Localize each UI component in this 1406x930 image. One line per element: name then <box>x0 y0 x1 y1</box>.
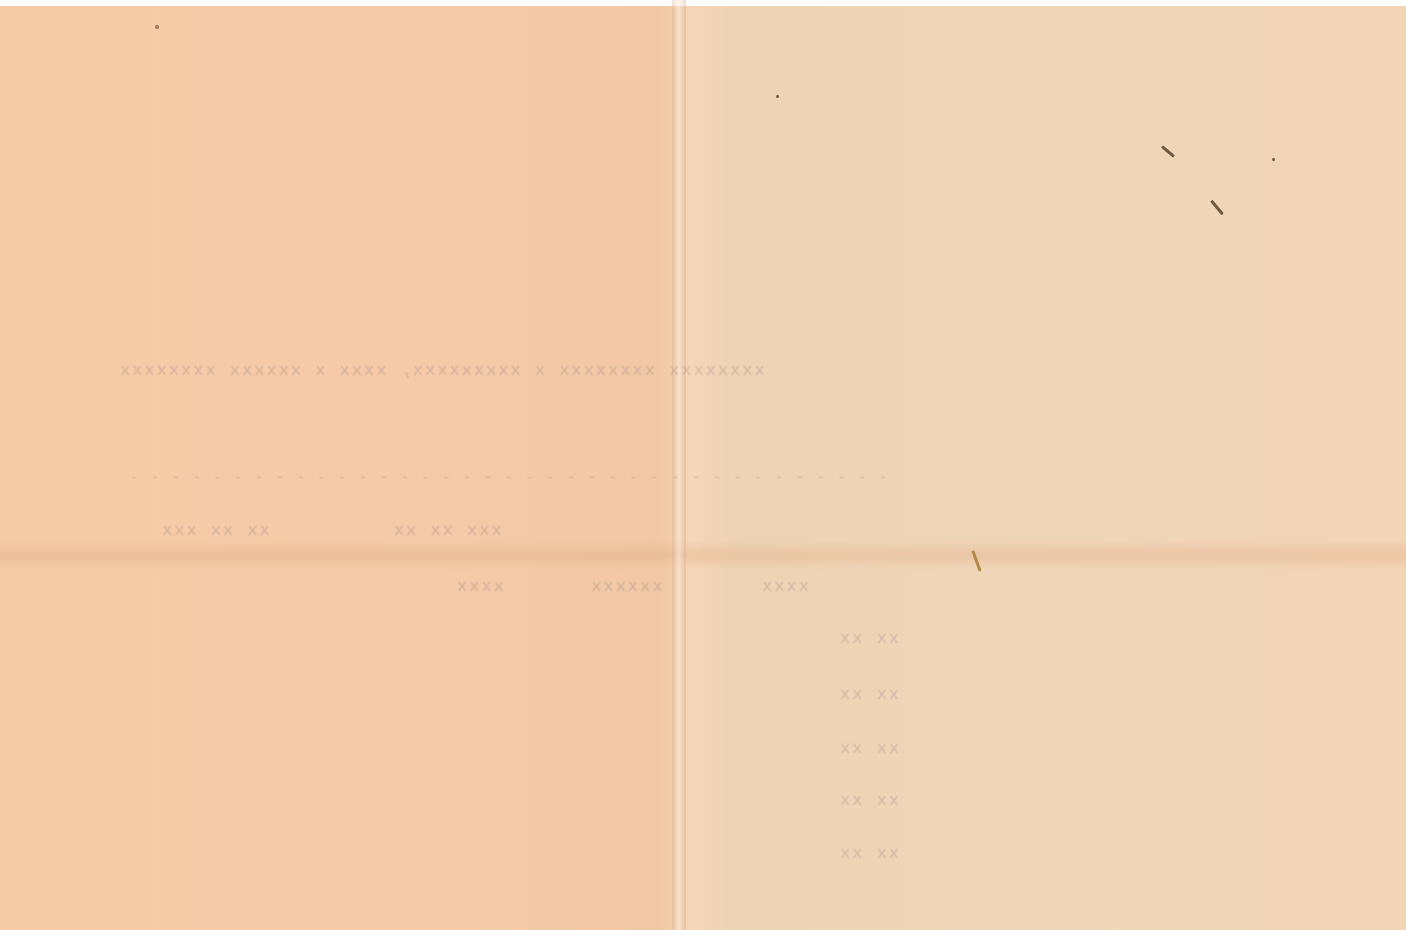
stain-mark <box>1210 200 1224 216</box>
ghost-figure: xx xx <box>838 792 899 811</box>
speck <box>155 25 159 29</box>
ghost-text-line: xxxxxxxx xxxxxxxx x xxxxxxxxx, xxxx x xx… <box>118 362 765 381</box>
ghost-text-line: xxxx xxxxxx xxxx <box>455 578 809 597</box>
speck <box>776 95 779 98</box>
stain-mark <box>1161 145 1175 158</box>
ghost-figure: xx xx <box>838 740 899 759</box>
page-top-edge <box>0 0 1406 6</box>
vertical-fold <box>672 0 686 930</box>
ghost-figure: xx xx <box>838 845 899 864</box>
stain-mark <box>971 550 981 572</box>
document-page: xxxxxxxx xxxxxxxx x xxxxxxxxx, xxxx x xx… <box>0 0 1406 930</box>
ghost-text-line: xxx xx xx xx xx xxx <box>160 522 502 541</box>
ghost-dashed-line: - - - - - - - - - - - - - - - - - - - - … <box>128 470 887 486</box>
ghost-figure: xx xx <box>838 630 899 649</box>
ghost-figure: xx xx <box>838 686 899 705</box>
speck <box>1272 158 1275 161</box>
